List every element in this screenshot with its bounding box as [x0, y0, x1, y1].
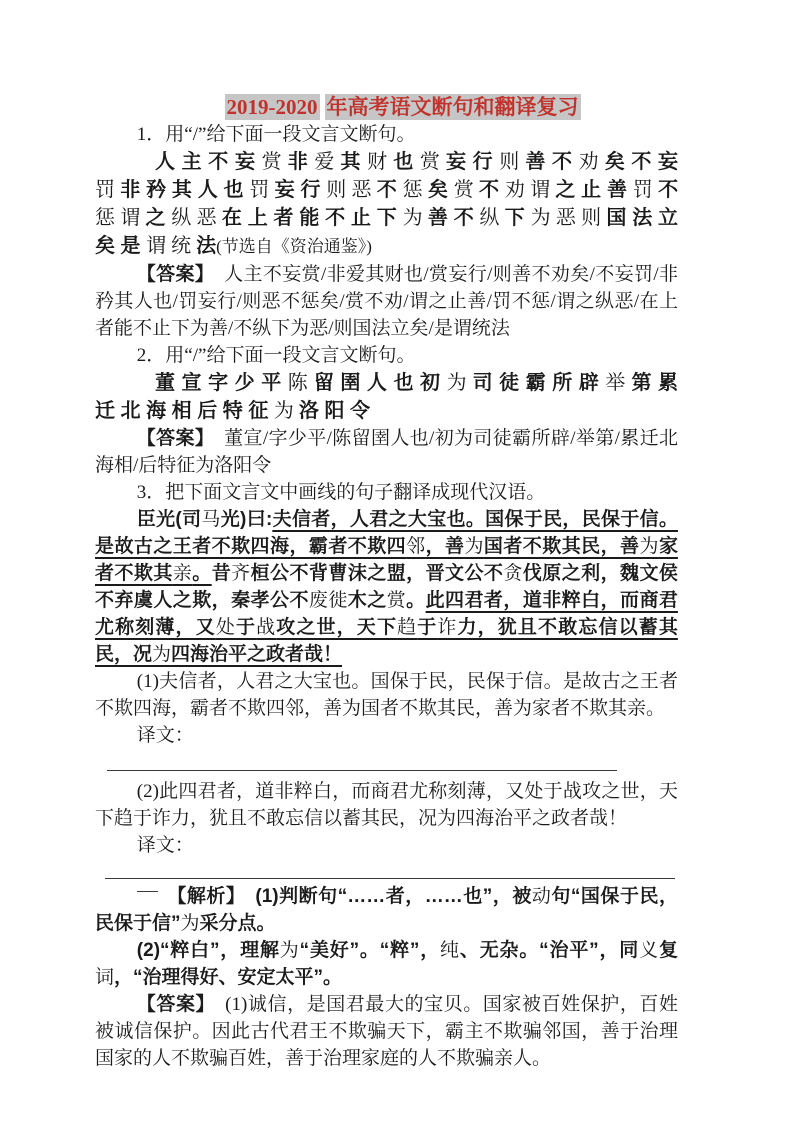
answer-blank-2	[105, 878, 675, 879]
wrap-continuation-dash	[137, 891, 158, 892]
answer-blank-1	[107, 770, 617, 771]
q1-passage: 人 主 不 妄 赏 非 爱 其 财 也 赏 妄 行 则 善 不 劝 矣 不 妄 …	[95, 148, 678, 261]
q3-sub2: (2)此四君者，道非粹白，而商君尤称刻薄，又处于战攻之世，天下趋于诈力，犹且不敢…	[95, 778, 678, 832]
q3-passage: 臣光(司马光)曰:夫信者，人君之大宝也。国保于民，民保于信。是故古之王者不欺四海…	[95, 506, 678, 668]
page-title: 2019-2020年高考语文断句和翻译复习	[111, 94, 694, 121]
q3-sub2-label: 译文：	[95, 832, 678, 859]
title-subject: 年高考语文断句和翻译复习	[325, 94, 581, 120]
q3-analysis-2: (2)“粹白”，理解为“美好”。“粹”，纯、无杂。“治平”，同义复词，“治理得好…	[95, 937, 678, 991]
document-body: 1．用“/”给下面一段文言文断句。人 主 不 妄 赏 非 爱 其 财 也 赏 妄…	[95, 121, 678, 1072]
document-page: 2019-2020年高考语文断句和翻译复习 1．用“/”给下面一段文言文断句。人…	[0, 0, 800, 1132]
q3-sub1: (1)夫信者，人君之大宝也。国保于民，民保于信。是故古之王者不欺四海，霸者不欺四…	[95, 668, 678, 722]
q2-answer: 【答案】 董宣/字少平/陈留圉人也/初为司徒霸所辟/举第/累迁北海相/后特征为洛…	[95, 425, 678, 479]
q2-prompt: 2．用“/”给下面一段文言文断句。	[95, 342, 678, 369]
q3-answer: 【答案】 (1)诚信，是国君最大的宝贝。国家被百姓保护，百姓被诚信保护。因此古代…	[95, 991, 678, 1072]
q1-prompt: 1．用“/”给下面一段文言文断句。	[95, 121, 678, 148]
q3-analysis: 【解析】 (1)判断句“……者，……也”，被动句“国保于民，民保于信”为采分点。	[95, 883, 678, 937]
q3-prompt: 3．把下面文言文中画线的句子翻译成现代汉语。	[95, 479, 678, 506]
q3-sub1-label: 译文：	[95, 722, 678, 749]
title-year: 2019-2020	[225, 94, 320, 120]
q2-passage: 董 宣 字 少 平 陈 留 圉 人 也 初 为 司 徒 霸 所 辟 举 第 累 …	[95, 369, 678, 425]
q1-answer: 【答案】 人主不妄赏/非爱其财也/赏妄行/则善不劝矣/不妄罚/非矜其人也/罚妄行…	[95, 261, 678, 342]
